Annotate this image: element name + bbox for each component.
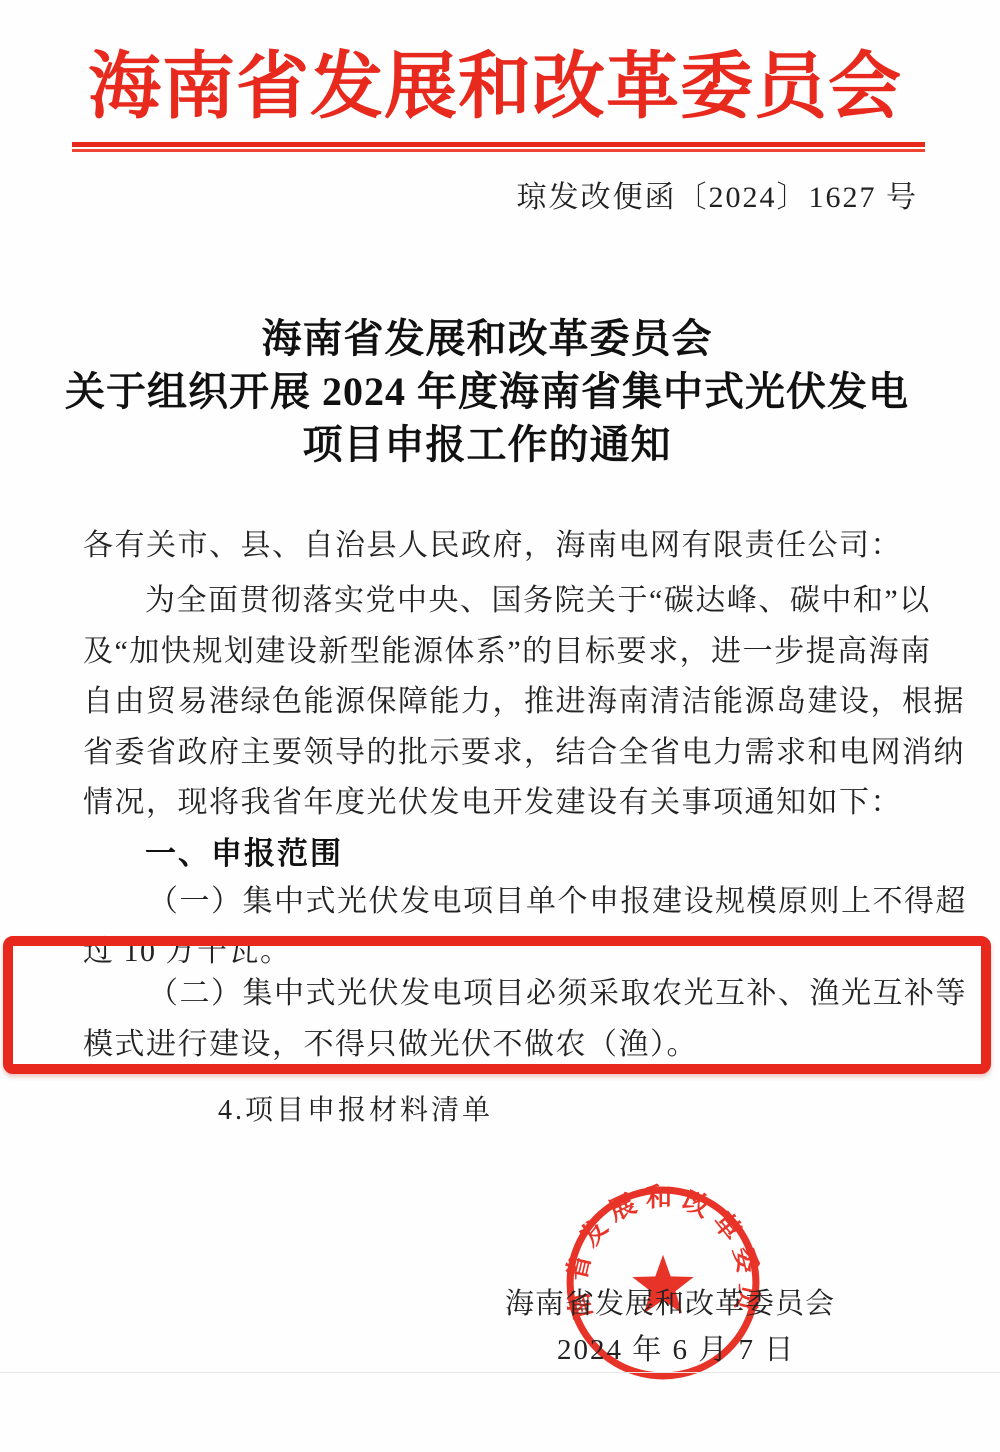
attachment-list-item: 4.项目申报材料清单 [218, 1088, 493, 1128]
document-page: 海南省发展和改革委员会 琼发改便函〔2024〕1627 号 海南省发展和改革委员… [0, 0, 1000, 1452]
paragraph-line: 及“加快规划建设新型能源体系”的目标要求，进一步提高海南 [83, 627, 965, 678]
doc-reference-number: 琼发改便函〔2024〕1627 号 [517, 172, 919, 216]
notice-title-line-3: 项目申报工作的通知 [0, 418, 974, 471]
clause-1-line-1: （一）集中式光伏发电项目单个申报建设规模原则上不得超 [148, 876, 967, 920]
issuing-authority-signature: 海南省发展和改革委员会 [505, 1281, 835, 1322]
notice-title-line-2: 关于组织开展 2024 年度海南省集中式光伏发电 [0, 365, 974, 418]
paragraph-line: 省委省政府主要领导的批示要求，结合全省电力需求和电网消纳 [83, 728, 965, 779]
section-heading-application-scope: 一、申报范围 [145, 828, 343, 873]
issue-date: 2024 年 6 月 7 日 [557, 1327, 795, 1368]
notice-title-line-1: 海南省发展和改革委员会 [0, 312, 974, 365]
salutation: 各有关市、县、自治县人民政府，海南电网有限责任公司： [83, 520, 902, 564]
photo-edge-line [0, 1372, 1000, 1373]
clause-2-line-2: 模式进行建设，不得只做光伏不做农（渔）。 [83, 1019, 698, 1063]
paragraph-line: 为全面贯彻落实党中央、国务院关于“碳达峰、碳中和”以 [83, 576, 965, 627]
letterhead-org-name: 海南省发展和改革委员会 [0, 44, 990, 130]
paragraph-line: 情况，现将我省年度光伏发电开发建设有关事项通知如下： [83, 778, 965, 829]
notice-title: 海南省发展和改革委员会 关于组织开展 2024 年度海南省集中式光伏发电 项目申… [0, 312, 974, 471]
paragraph-line: 自由贸易港绿色能源保障能力，推进海南清洁能源岛建设，根据 [83, 677, 965, 728]
clause-2-line-1: （二）集中式光伏发电项目必须采取农光互补、渔光互补等 [148, 968, 967, 1012]
intro-paragraph: 为全面贯彻落实党中央、国务院关于“碳达峰、碳中和”以 及“加快规划建设新型能源体… [83, 576, 965, 829]
letterhead-separator-rule [72, 142, 925, 152]
